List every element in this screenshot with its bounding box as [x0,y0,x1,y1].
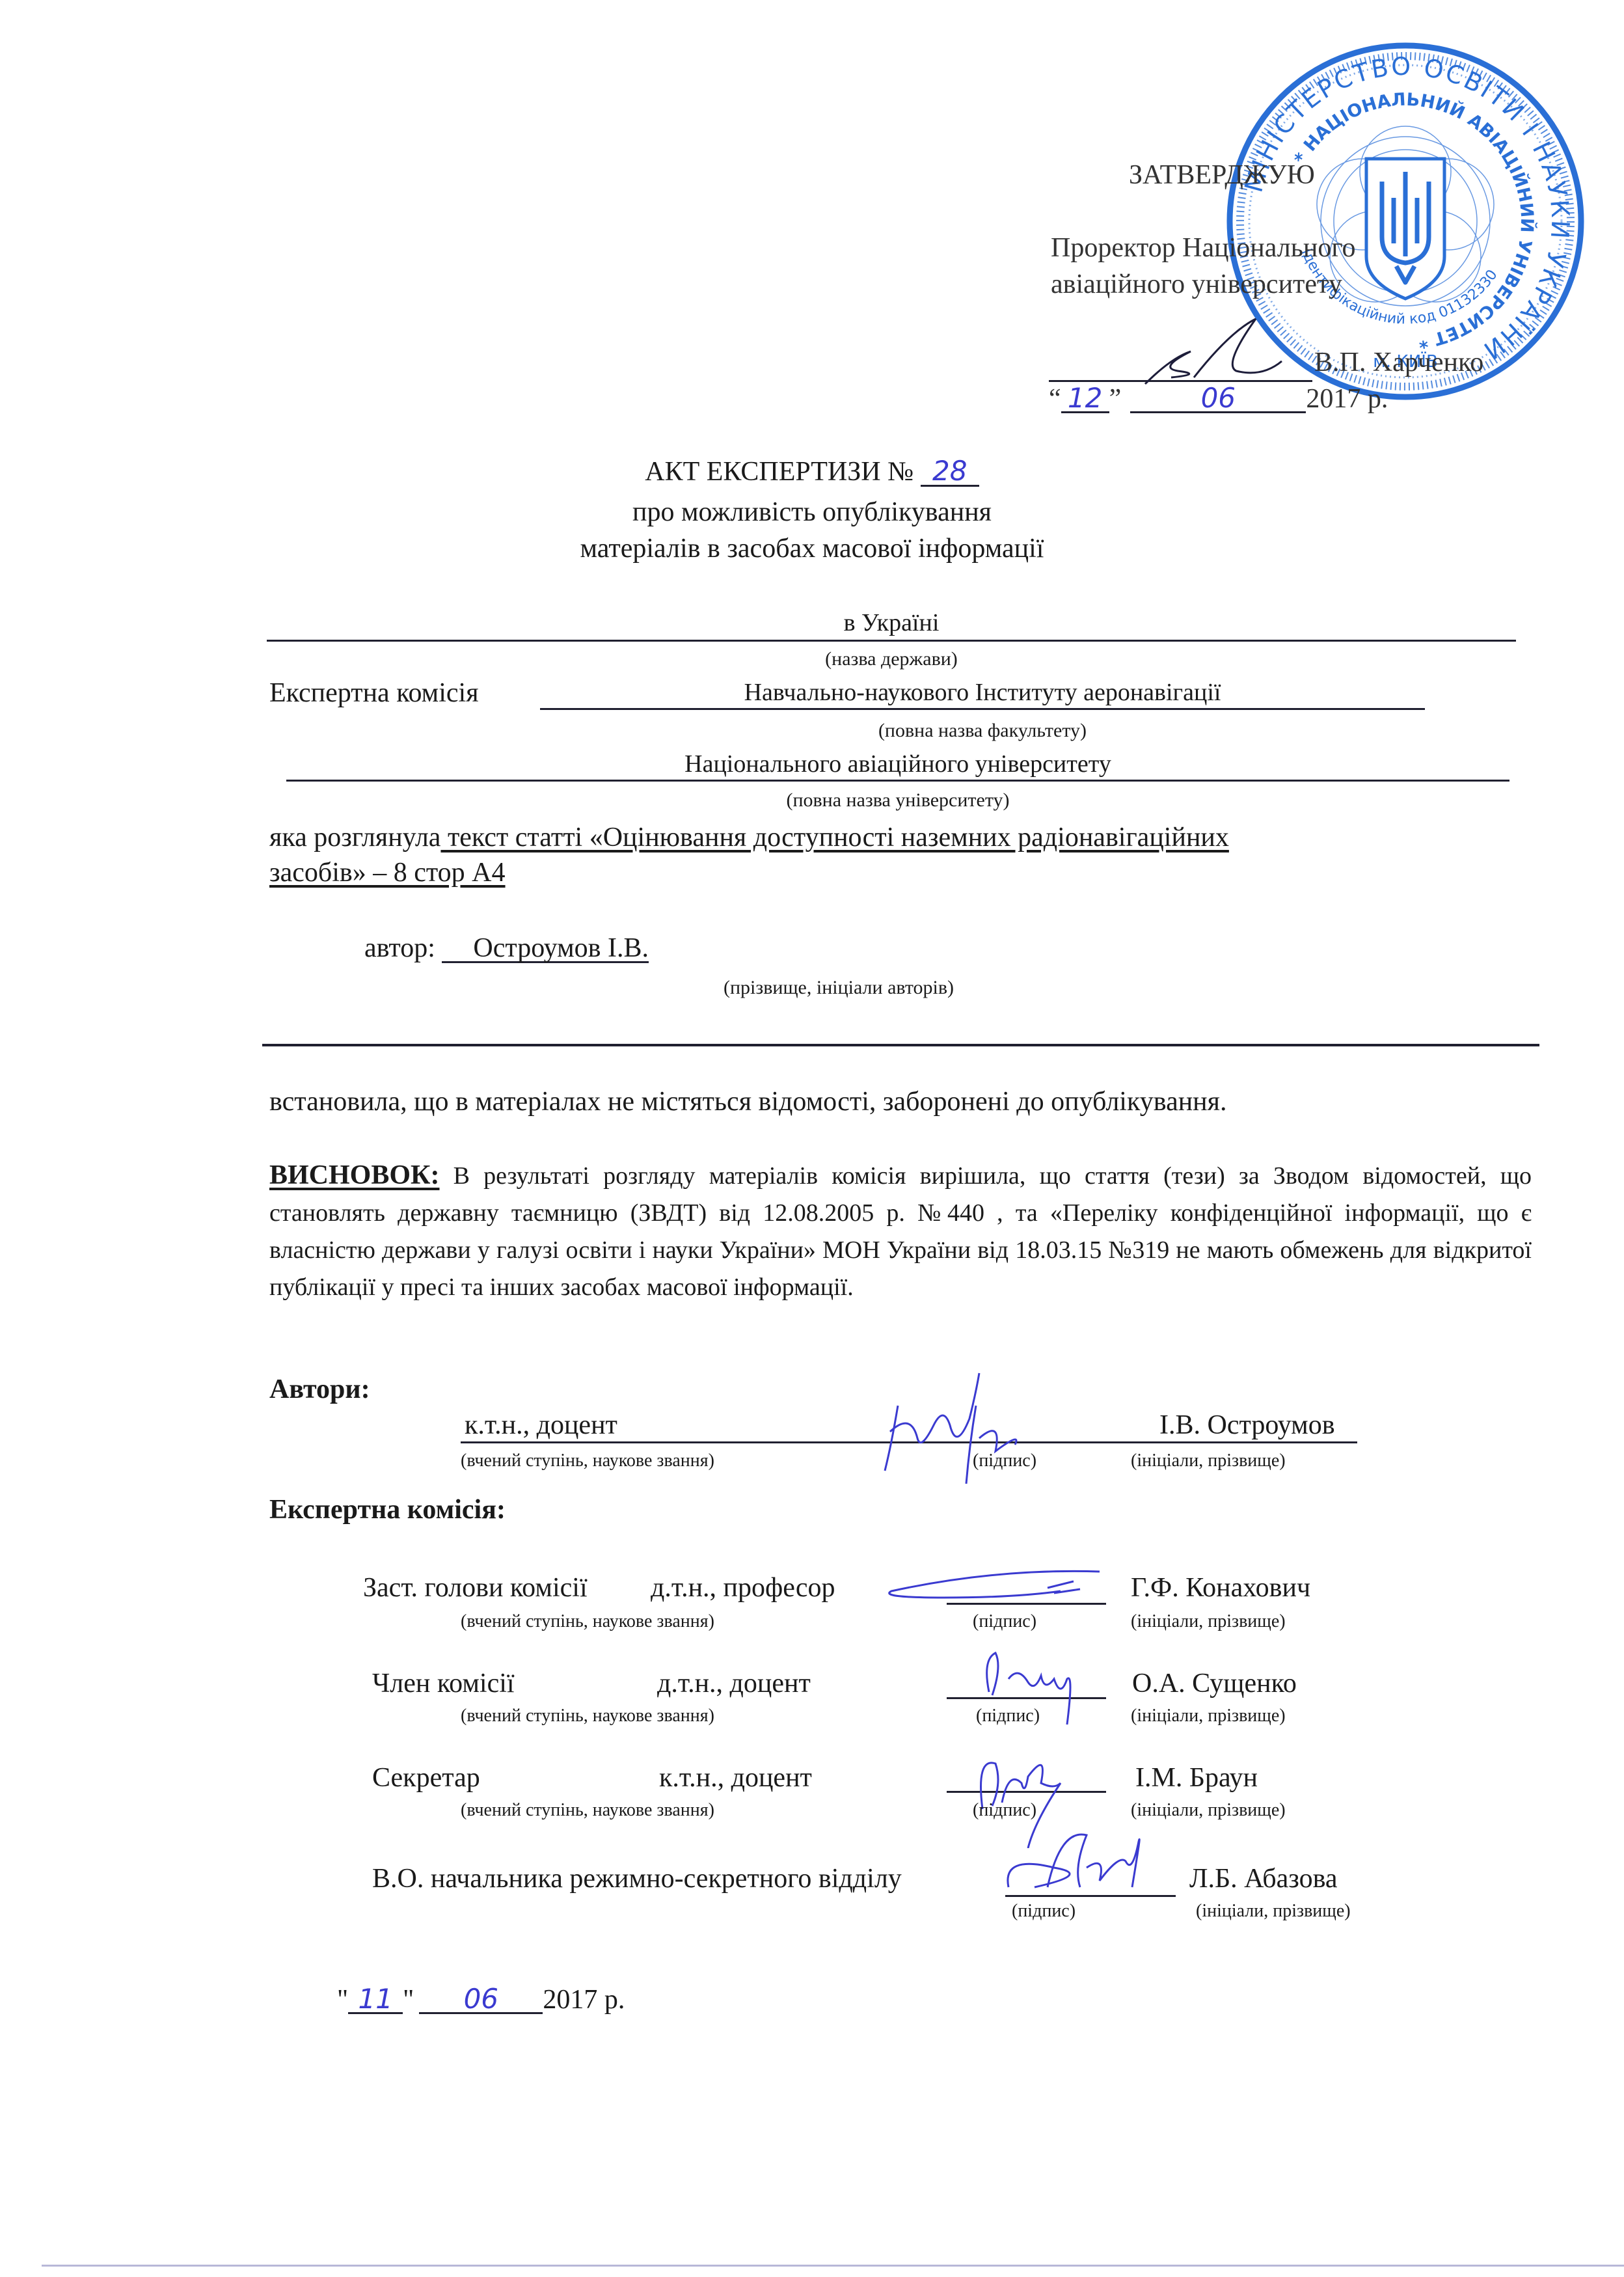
member-1-degree: д.т.н., професор [651,1572,835,1604]
act-number: 28 [921,457,979,487]
authors-heading: Автори: [269,1373,370,1406]
approval-position-line2: авіаційного університету [1051,268,1342,301]
footer-date-close-quote: " [403,1985,414,2015]
country-caption: (назва держави) [267,648,1516,671]
act-title: АКТ ЕКСПЕРТИЗИ № 28 [0,456,1624,488]
act-subtitle-line1: про можливість опублікування [0,496,1624,528]
member-2-name: О.А. Сущенко [1132,1667,1297,1700]
member-2-role: Член комісії [372,1667,515,1700]
author-signature-caption: (підпис) [973,1450,1036,1472]
commission-label: Експертна комісія [269,677,479,709]
author-degree: к.т.н., доцент [465,1409,617,1441]
conclusion-label: ВИСНОВОК: [269,1160,439,1190]
member-2-degree: д.т.н., доцент [657,1667,811,1700]
member-3-degree: к.т.н., доцент [659,1762,812,1794]
conclusion-paragraph: ВИСНОВОК: В результаті розгляду матеріал… [269,1157,1532,1306]
member-2-degree-caption: (вчений ступінь, наукове звання) [461,1705,714,1727]
member-1-role: Заст. голови комісії [363,1572,588,1604]
date-close-quote: ” [1109,384,1122,414]
approver-name: В.П. Харченко [1314,346,1483,379]
reviewed-line1: яка розглянула текст статті «Оцінювання … [269,821,1229,854]
approval-date-year: 2017 р. [1306,384,1388,414]
approval-date-day: 12 [1061,385,1109,413]
member-3-degree-caption: (вчений ступінь, наукове звання) [461,1799,714,1821]
scanned-page-edge [42,2265,1624,2267]
reviewed-prefix: яка розглянула [269,823,440,852]
approval-heading: ЗАТВЕРДЖУЮ [1129,159,1315,191]
security-head-signature-icon [995,1816,1178,1900]
footer-date-day: 11 [348,1986,403,2014]
member-2-signature-caption: (підпис) [976,1705,1040,1727]
security-head-role: В.О. начальника режимно-секретного відді… [372,1862,902,1895]
country-value: в Україні [267,608,1516,637]
member-1-signature-icon [865,1562,1113,1607]
author-name-caption: (ініціали, прізвище) [1131,1450,1286,1472]
footer-date: "11"062017 р. [337,1984,625,2016]
conclusion-text: В результаті розгляду матеріалів комісія… [269,1162,1532,1301]
act-subtitle-line2: матеріалів в засобах масової інформації [0,532,1624,565]
member-1-degree-caption: (вчений ступінь, наукове звання) [461,1611,714,1633]
reviewed-article-title: текст статті «Оцінювання доступності наз… [440,823,1228,852]
faculty-caption: (повна назва факультету) [540,719,1425,743]
author-value: Остроумов І.В. [442,935,649,963]
member-1-name: Г.Ф. Конахович [1131,1572,1310,1604]
member-1-signature-caption: (підпис) [973,1611,1036,1633]
member-3-name: І.М. Браун [1135,1762,1258,1794]
date-open-quote: “ [1049,384,1061,414]
reviewed-line2: засобів» – 8 стор А4 [269,856,506,889]
act-title-prefix: АКТ ЕКСПЕРТИЗИ № [645,457,913,487]
faculty-underline [540,708,1425,710]
commission-heading: Експертна комісія: [269,1493,506,1526]
faculty-value: Навчально-наукового Інституту аеронавіга… [540,678,1425,707]
member-2-name-caption: (ініціали, прізвище) [1131,1705,1286,1727]
section-divider [262,1044,1539,1046]
security-head-signature-caption: (підпис) [1012,1900,1076,1922]
university-value: Національного авіаційного університету [286,750,1509,778]
author-signature-icon [872,1367,1067,1490]
security-head-name-caption: (ініціали, прізвище) [1196,1900,1351,1922]
approval-position-line1: Проректор Національного [1051,232,1356,264]
footer-date-month: 06 [419,1986,543,2014]
university-caption: (повна назва університету) [286,789,1509,812]
university-underline [286,780,1509,782]
footer-date-year: 2017 р. [543,1985,625,2015]
country-underline [267,640,1516,642]
member-1-name-caption: (ініціали, прізвище) [1131,1611,1286,1633]
author-label: автор: [364,933,435,963]
approval-date: “12”062017 р. [1049,383,1388,415]
author-degree-caption: (вчений ступінь, наукове звання) [461,1450,714,1472]
member-3-role: Секретар [372,1762,480,1794]
security-head-name: Л.Б. Абазова [1189,1862,1338,1895]
author-line: автор: Остроумов І.В. [364,932,649,964]
approval-date-month: 06 [1130,385,1306,413]
author-name: І.В. Остроумов [1159,1409,1335,1441]
footer-date-open-quote: " [337,1985,348,2015]
established-statement: встановила, що в матеріалах не містяться… [269,1085,1226,1118]
author-caption: (прізвище, ініціали авторів) [724,976,954,1000]
